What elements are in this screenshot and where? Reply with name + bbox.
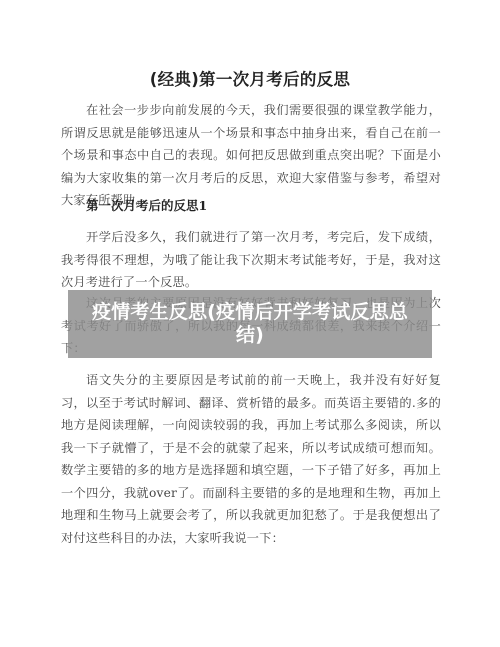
document-title: (经典)第一次月考后的反思 [0, 66, 500, 90]
overlay-title: 疫情考生反思(疫情后开学考试反思总结) [85, 301, 415, 347]
section-heading: 第一次月考后的反思1 [86, 196, 207, 214]
intro-paragraph: 在社会一步步向前发展的今天，我们需要很强的课堂教学能力，所谓反思就是能够迅速从一… [61, 99, 441, 212]
section-paragraph: 语文失分的主要原因是考试前的前一天晚上，我并没有好好复习，以至于考试时解词、翻译… [61, 369, 441, 549]
document-page: (经典)第一次月考后的反思 在社会一步步向前发展的今天，我们需要很强的课堂教学能… [0, 0, 500, 647]
title-overlay-banner: 疫情考生反思(疫情后开学考试反思总结) [68, 290, 432, 358]
section-paragraph: 开学后没多久，我们就进行了第一次月考，考完后，发下成绩，我考得很不理想，为哦了能… [61, 226, 441, 294]
